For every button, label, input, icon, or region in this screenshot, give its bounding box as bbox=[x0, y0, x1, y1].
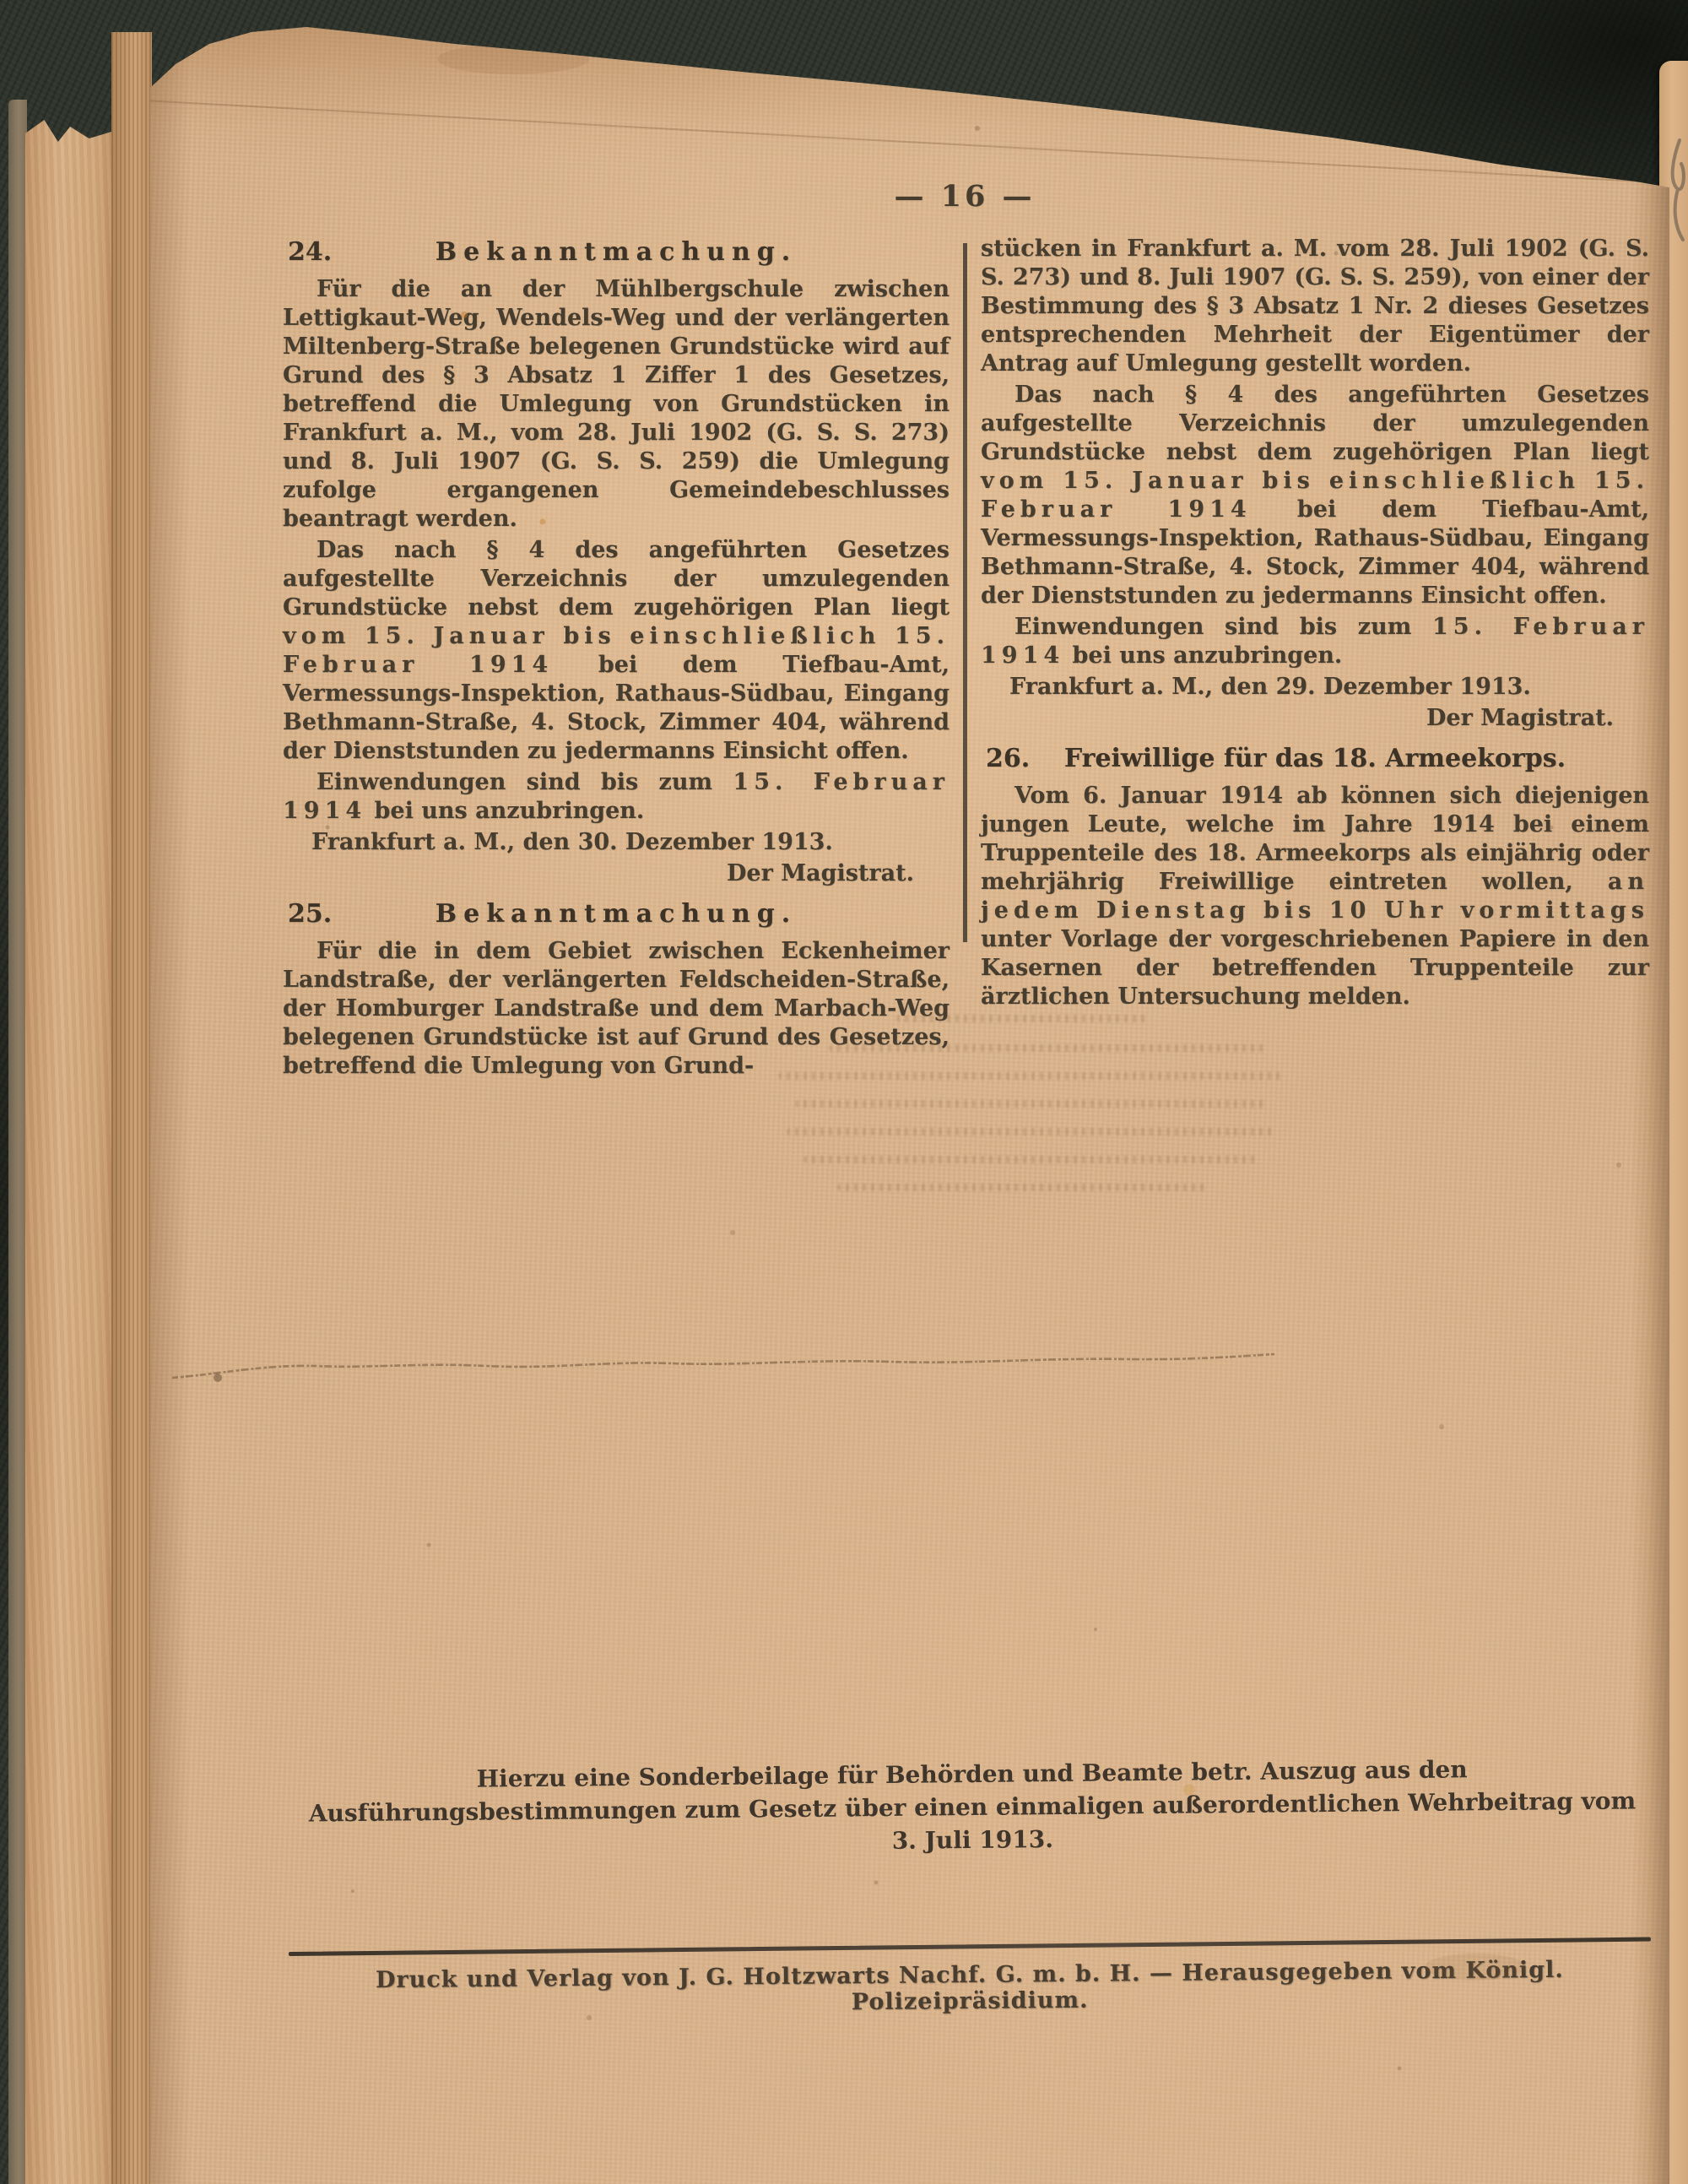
scanned-gazette-page: — 16 — 24. Bekanntmachung. Für die an de… bbox=[0, 0, 1688, 2184]
text-run: Der Magistrat. bbox=[1426, 705, 1614, 731]
notice-25-number: 25. bbox=[288, 900, 332, 929]
crease-scratch bbox=[165, 1341, 1280, 1391]
column-divider-rule bbox=[963, 243, 967, 942]
text-run: stücken in Frankfurt a. M. vom 28. Juli … bbox=[981, 236, 1649, 377]
text-run: bei uns anzubringen. bbox=[366, 798, 644, 824]
column-right: stücken in Frankfurt a. M. vom 28. Juli … bbox=[981, 235, 1649, 1014]
page-stack-edge bbox=[25, 120, 111, 2184]
text-run: Das nach § 4 des angeführten Gesetzes au… bbox=[981, 382, 1649, 465]
notice-25-title: Bekanntmachung. bbox=[436, 899, 797, 929]
text-run: Der Magistrat. bbox=[727, 860, 914, 886]
notice-26: 26. Freiwillige für das 18. Armeekorps. … bbox=[981, 745, 1649, 1011]
notice-25-cont-paragraph: stücken in Frankfurt a. M. vom 28. Juli … bbox=[981, 235, 1649, 378]
notice-25-dateline: Frankfurt a. M., den 29. Dezember 1913. bbox=[981, 673, 1649, 702]
bleed-through-ghost-text bbox=[778, 1015, 1301, 1191]
notice-25-header: 25. Bekanntmachung. bbox=[283, 900, 949, 929]
notice-24-paragraph: Das nach § 4 des angeführten Gesetzes au… bbox=[283, 536, 949, 766]
text-run: bei uns anzubringen. bbox=[1064, 642, 1342, 669]
book-cover-edge bbox=[8, 100, 27, 2184]
column-left: 24. Bekanntmachung. Für die an der Mühlb… bbox=[283, 235, 949, 1083]
text-run: unter Vorlage der vorgeschriebenen Papie… bbox=[981, 926, 1649, 1010]
notice-26-title: Freiwillige für das 18. Armeekorps. bbox=[1064, 744, 1566, 773]
notice-24: 24. Bekanntmachung. Für die an der Mühlb… bbox=[283, 238, 949, 888]
notice-24-dateline: Frankfurt a. M., den 30. Dezember 1913. bbox=[283, 828, 949, 857]
gutter-shadow bbox=[150, 0, 191, 2184]
supplement-note: Hierzu eine Sonderbeilage für Behörden u… bbox=[293, 1751, 1651, 1862]
imprint-line: Druck und Verlag von J. G. Holtzwarts Na… bbox=[289, 1956, 1651, 2020]
text-run: Vom 6. Januar 1914 ab können sich diejen… bbox=[981, 783, 1649, 895]
footer-rule bbox=[289, 1937, 1651, 1956]
notice-26-paragraph: Vom 6. Januar 1914 ab können sich diejen… bbox=[981, 782, 1649, 1011]
notice-25-cont-paragraph: Das nach § 4 des angeführten Gesetzes au… bbox=[981, 381, 1649, 610]
text-run: Einwendungen sind bis zum bbox=[316, 769, 733, 795]
text-run: Das nach § 4 des angeführten Gesetzes au… bbox=[283, 537, 949, 621]
text-run: Für die an der Mühlbergschule zwischen L… bbox=[283, 276, 949, 532]
notice-25-continuation: stücken in Frankfurt a. M. vom 28. Juli … bbox=[981, 235, 1649, 733]
text-run: Frankfurt a. M., den 29. Dezember 1913. bbox=[1009, 674, 1531, 700]
text-run: Einwendungen sind bis zum bbox=[1014, 614, 1432, 640]
notice-24-paragraph: Einwendungen sind bis zum 15. Februar 19… bbox=[283, 768, 949, 826]
document-page: — 16 — 24. Bekanntmachung. Für die an de… bbox=[150, 0, 1669, 2184]
notice-25-signature: Der Magistrat. bbox=[981, 704, 1649, 733]
notice-24-header: 24. Bekanntmachung. bbox=[283, 238, 949, 267]
notice-24-number: 24. bbox=[288, 238, 332, 267]
notice-25-cont-paragraph: Einwendungen sind bis zum 15. Februar 19… bbox=[981, 613, 1649, 670]
binding-gutter bbox=[111, 32, 152, 2184]
text-run: Frankfurt a. M., den 30. Dezember 1913. bbox=[311, 829, 833, 855]
notice-24-title: Bekanntmachung. bbox=[436, 237, 797, 267]
notice-26-number: 26. bbox=[986, 745, 1030, 773]
notice-24-paragraph: Für die an der Mühlbergschule zwischen L… bbox=[283, 275, 949, 534]
notice-26-header: 26. Freiwillige für das 18. Armeekorps. bbox=[981, 745, 1649, 773]
page-number: — 16 — bbox=[863, 179, 1066, 214]
notice-24-signature: Der Magistrat. bbox=[283, 859, 949, 888]
